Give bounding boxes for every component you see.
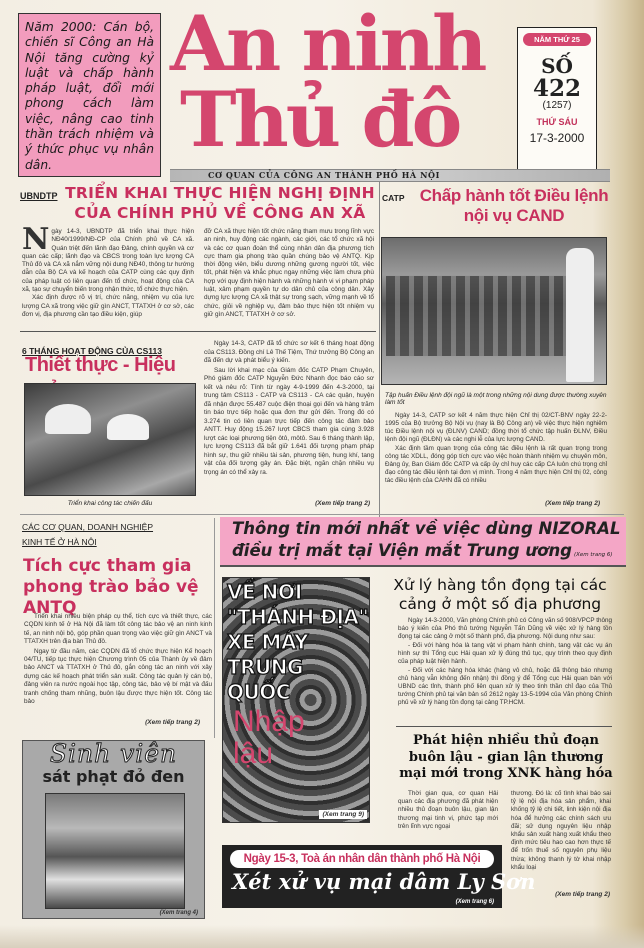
divider xyxy=(396,726,612,727)
nizoral-line1: Thông tin mới nhất về việc dùng NIZORAL xyxy=(232,519,620,538)
lyson-line1: Ngày 15-3, Toà án nhân dân thành phố Hà … xyxy=(230,850,494,868)
sinhvien-feature[interactable]: Sinh viên sát phạt đỏ đen (Xem trang 4) xyxy=(22,740,205,919)
helmet-figure xyxy=(45,404,91,434)
cang-headline[interactable]: Xử lý hàng tồn đọng tại các cảng ở một s… xyxy=(384,576,616,614)
issue-number: 422 xyxy=(518,78,596,100)
antq-see-more-link[interactable]: (Xem tiếp trang 2) xyxy=(100,719,200,726)
lead-col1: N gày 14-3, UBNDTP đã triển khai thực hi… xyxy=(22,228,194,320)
nizoral-banner[interactable]: Thông tin mới nhất về việc dùng NIZORAL … xyxy=(220,517,626,567)
logo-thu-do: Thủ đô xyxy=(180,82,459,158)
motorbike-red-text: Nhập lậu xyxy=(233,706,305,770)
issue-weekday: THỨ SÁU xyxy=(518,117,596,127)
buonlau-col2: thương. Đó là: cố tình khai báo sai tỷ l… xyxy=(511,790,611,872)
cs113-photo-caption: Triển khai công tác chiến đấu xyxy=(24,500,196,507)
buonlau-col1: Thời gian qua, cơ quan Hải quan các địa … xyxy=(398,790,498,832)
catp-see-more-link[interactable]: (Xem tiếp trang 2) xyxy=(500,500,600,507)
page-bottom-edge xyxy=(0,925,644,948)
masthead-quote: Năm 2000: Cán bộ, chiến sĩ Công an Hà Nộ… xyxy=(25,20,154,172)
officer-figure xyxy=(566,248,594,382)
catp-photo-caption: Tập huấn Điều lệnh đội ngũ là một trong … xyxy=(385,392,607,406)
nizoral-see-more-link[interactable]: (Xem trang 6) xyxy=(574,552,613,558)
helmet-figure xyxy=(107,414,149,440)
sinhvien-script-title: Sinh viên xyxy=(23,739,204,768)
cs113-photo xyxy=(24,383,196,496)
antq-headline[interactable]: Tích cực tham gia phong trào bảo vệ ANTQ xyxy=(23,556,213,619)
divider xyxy=(20,331,376,332)
issue-total-number: (1257) xyxy=(518,100,596,111)
issue-date: 17-3-2000 xyxy=(518,131,596,145)
cang-body: Ngày 14-3-2000, Văn phòng Chính phủ có C… xyxy=(398,617,612,708)
column-divider xyxy=(214,518,215,738)
antq-kicker: CÁC CƠ QUAN, DOANH NGHIỆP KINH TẾ Ở HÀ N… xyxy=(22,522,153,547)
lyson-line2: Xét xử vụ mại dâm Ly Sơn xyxy=(232,869,535,894)
catp-headline[interactable]: Chấp hành tốt Điều lệnh nội vụ CAND xyxy=(408,186,620,226)
motorbike-feature-image[interactable]: VỀ NƠI "THÁNH ĐỊA" XE MÁY TRUNG QUỐC Nhậ… xyxy=(222,577,370,823)
issue-year-badge: NĂM THỨ 25 xyxy=(523,33,591,46)
cs113-see-more-link[interactable]: (Xem tiếp trang 2) xyxy=(260,500,370,507)
logo-an-ninh: An ninh xyxy=(170,6,484,82)
sinhvien-see-more-link[interactable]: (Xem trang 4) xyxy=(160,910,198,916)
lyson-see-more-link[interactable]: (Xem trang 6) xyxy=(456,899,494,905)
catp-body: Ngày 14-3, CATP sơ kết 4 năm thực hiện C… xyxy=(385,412,607,486)
catp-photo xyxy=(381,237,607,385)
lead-kicker: UBNDTP xyxy=(20,186,58,204)
antq-body: Triển khai nhiều biện pháp cụ thể, tích … xyxy=(24,613,212,707)
motorbike-headline: VỀ NƠI "THÁNH ĐỊA" XE MÁY TRUNG QUỐC xyxy=(227,580,369,705)
sinhvien-bold-title: sát phạt đỏ đen xyxy=(23,767,204,786)
nizoral-line2: điều trị mắt tại Viện mắt Trung ương(Xem… xyxy=(232,541,613,560)
catp-kicker: CATP xyxy=(382,188,405,206)
newspaper-front-page: Năm 2000: Cán bộ, chiến sĩ Công an Hà Nộ… xyxy=(0,0,644,948)
formation-figures xyxy=(386,276,566,356)
cs113-body: Ngày 14-3, CATP đã tổ chức sơ kết 6 thán… xyxy=(204,340,374,478)
issue-info-box: NĂM THỨ 25 SỐ 422 (1257) THỨ SÁU 17-3-20… xyxy=(517,27,597,173)
sinhvien-photo xyxy=(45,793,185,909)
buonlau-headline[interactable]: Phát hiện nhiều thủ đoạn buôn lậu - gian… xyxy=(396,733,616,783)
lead-dropcap: N xyxy=(22,228,49,252)
lead-headline[interactable]: TRIỂN KHAI THỰC HIỆN NGHỊ ĐỊNH CỦA CHÍNH… xyxy=(60,183,380,223)
masthead-quote-box: Năm 2000: Cán bộ, chiến sĩ Công an Hà Nộ… xyxy=(18,13,161,177)
masthead-tagline: CƠ QUAN CỦA CÔNG AN THÀNH PHỐ HÀ NỘI xyxy=(170,169,610,182)
column-divider xyxy=(379,182,380,532)
lyson-banner[interactable]: Ngày 15-3, Toà án nhân dân thành phố Hà … xyxy=(222,845,502,908)
divider xyxy=(20,514,624,515)
motorbike-see-more-link[interactable]: (Xem trang 9) xyxy=(319,810,367,819)
lead-col2: đỡ CA xã thực hiện tốt chức năng tham mư… xyxy=(204,228,374,319)
